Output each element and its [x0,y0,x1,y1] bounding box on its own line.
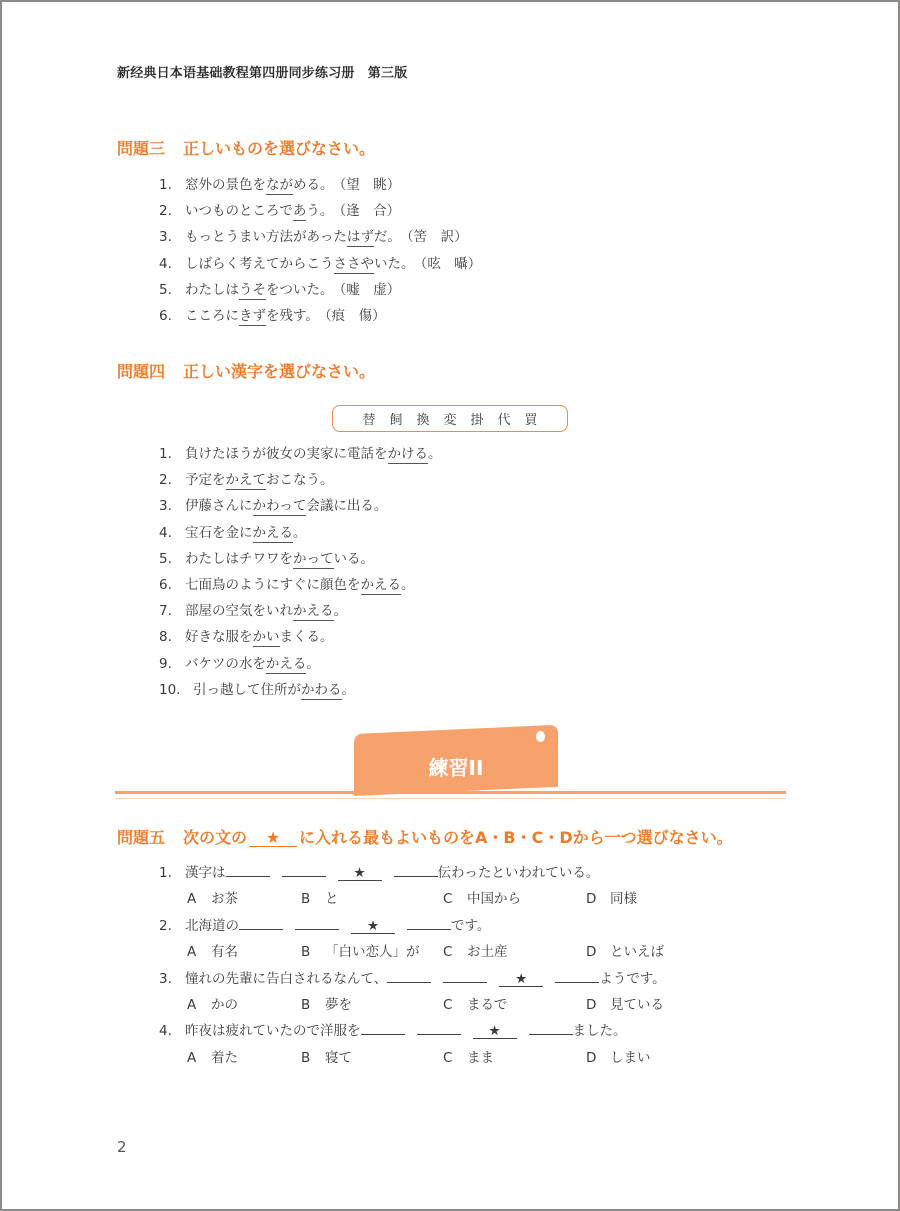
choice-row: A着た B寝て Cまま Dしまい [159,1045,666,1071]
underlined-target: かわって [253,498,307,516]
underlined-target: かえる [266,656,307,674]
answer-blank [226,862,270,877]
star-icon: ★ [249,830,297,847]
star-blank: ★ [473,1024,517,1039]
list-item: 5.わたしはチワワをかっている。 [159,546,442,572]
star-blank: ★ [351,919,395,934]
underlined-target: きず [239,308,266,326]
answer-options: （痕 傷） [325,308,386,324]
page-number: 2 [117,1138,127,1156]
choice-d: Dしまい [586,1045,651,1071]
choice-a: Aお茶 [187,886,238,912]
choice-b: B寝て [301,1045,352,1071]
choice-d: D見ている [586,992,664,1018]
answer-options: （逢 合） [339,203,400,219]
kanji-choice-box: 替 飼 換 変 掛 代 買 [332,405,568,432]
answer-blank [555,968,599,983]
list-item: 3.伊藤さんにかわって会議に出る。 [159,493,442,519]
section4-title: 問題四正しい漢字を選びなさい。 [117,359,375,382]
list-item: 1.負けたほうが彼女の実家に電話をかける。 [159,441,442,467]
practice-tag: 練習II [354,726,562,794]
choice-row: Aお茶 Bと C中国から D同様 [159,886,666,912]
star-blank: ★ [499,972,543,987]
section4-label: 問題四 [117,362,165,381]
section4-instruction: 正しい漢字を選びなさい。 [183,362,375,381]
answer-blank [443,968,487,983]
section5-instruction-post: に入れる最もよいものをA・B・C・Dから一つ選びなさい。 [299,828,733,847]
question-row: 1.漢字は★伝わったといわれている。 [159,860,666,886]
choice-c: Cお土産 [443,939,508,965]
choice-a: Aかの [187,992,238,1018]
kanji-choice: 代 [498,409,511,428]
choice-b: B夢を [301,992,352,1018]
list-item: 6.七面鳥のようにすぐに顔色をかえる。 [159,572,442,598]
question-row: 4.昨夜は疲れていたので洋服を★ました。 [159,1018,666,1044]
choice-d: D同様 [586,886,637,912]
section3-label: 問題三 [117,139,165,158]
kanji-choice: 変 [443,409,456,428]
kanji-choice: 換 [416,409,429,428]
answer-options: （嘘 虚） [340,282,401,298]
section3-title: 問題三正しいものを選びなさい。 [117,136,375,159]
choice-c: C中国から [443,886,521,912]
underlined-target: かえる [253,525,294,543]
answer-blank [282,862,326,877]
list-item: 5.わたしはうそをついた。（嘘 虚） [159,277,481,303]
divider-rule-thin [115,798,786,799]
list-item: 4.宝石を金にかえる。 [159,520,442,546]
answer-blank [407,915,451,930]
answer-blank [239,915,283,930]
list-item: 10.引っ越して住所がかわる。 [159,677,442,703]
kanji-choice: 飼 [389,409,402,428]
list-item: 1.窓外の景色をながめる。（望 眺） [159,172,481,198]
tag-hole-icon [536,731,545,742]
underlined-target: かえる [293,603,334,621]
underlined-target: あ [293,203,307,221]
choice-b: Bと [301,886,339,912]
list-item: 3.もっとうまい方法があったはずだ。（筈 訳） [159,224,481,250]
choice-row: A有名 B「白い恋人」が Cお土産 Dといえば [159,939,666,965]
underlined-target: かえる [361,577,402,595]
underlined-target: かえて [226,472,267,490]
running-head: 新经典日本语基础教程第四册同步练习册 第三版 [117,62,407,81]
list-item: 4.しばらく考えてからこうささやいた。（呟 囁） [159,251,481,277]
choice-a: A有名 [187,939,238,965]
section3-list: 1.窓外の景色をながめる。（望 眺） 2.いつものところであう。（逢 合） 3.… [159,172,481,329]
list-item: 7.部屋の空気をいれかえる。 [159,598,442,624]
list-item: 9.バケツの水をかえる。 [159,651,442,677]
star-blank: ★ [338,866,382,881]
answer-blank [387,968,431,983]
section5-list: 1.漢字は★伝わったといわれている。 Aお茶 Bと C中国から D同様 2.北海… [159,860,666,1071]
answer-blank [417,1020,461,1035]
answer-blank [529,1020,573,1035]
section4-list: 1.負けたほうが彼女の実家に電話をかける。 2.予定をかえておこなう。 3.伊藤… [159,441,442,703]
kanji-choice: 替 [362,409,375,428]
section5-title: 問題五次の文の★に入れる最もよいものをA・B・C・Dから一つ選びなさい。 [117,825,733,848]
answer-blank [394,862,438,877]
kanji-choice: 掛 [471,409,484,428]
divider-rule [115,791,786,794]
section3-instruction: 正しいものを選びなさい。 [183,139,375,158]
list-item: 2.予定をかえておこなう。 [159,467,442,493]
answer-blank [361,1020,405,1035]
choice-d: Dといえば [586,939,664,965]
answer-blank [295,915,339,930]
answer-options: （望 眺） [340,177,401,193]
underlined-target: かい [253,629,280,647]
choice-row: Aかの B夢を Cまるで D見ている [159,992,666,1018]
underlined-target: うそ [239,282,266,300]
list-item: 6.こころにきずを残す。（痕 傷） [159,303,481,329]
choice-b: B「白い恋人」が [301,939,420,965]
choice-a: A着た [187,1045,238,1071]
underlined-target: ささや [334,256,375,274]
choice-c: Cまるで [443,992,507,1018]
list-item: 8.好きな服をかいまくる。 [159,624,442,650]
underlined-target: かわる [301,682,342,700]
workbook-page: 新经典日本语基础教程第四册同步练习册 第三版 問題三正しいものを選びなさい。 1… [0,0,900,1211]
answer-options: （筈 訳） [407,229,468,245]
underlined-target: かける [388,446,429,464]
question-row: 3.憧れの先輩に告白されるなんて、★ようです。 [159,966,666,992]
kanji-choice: 買 [525,409,538,428]
practice-tag-label: 練習II [354,752,558,781]
question-row: 2.北海道の★です。 [159,913,666,939]
underlined-target: なが [266,177,293,195]
underlined-target: かって [293,551,334,569]
section5-instruction-pre: 次の文の [183,828,247,847]
section5-label: 問題五 [117,828,165,847]
choice-c: Cまま [443,1045,494,1071]
underlined-target: はず [347,229,374,247]
answer-options: （呟 囁） [421,256,482,272]
list-item: 2.いつものところであう。（逢 合） [159,198,481,224]
